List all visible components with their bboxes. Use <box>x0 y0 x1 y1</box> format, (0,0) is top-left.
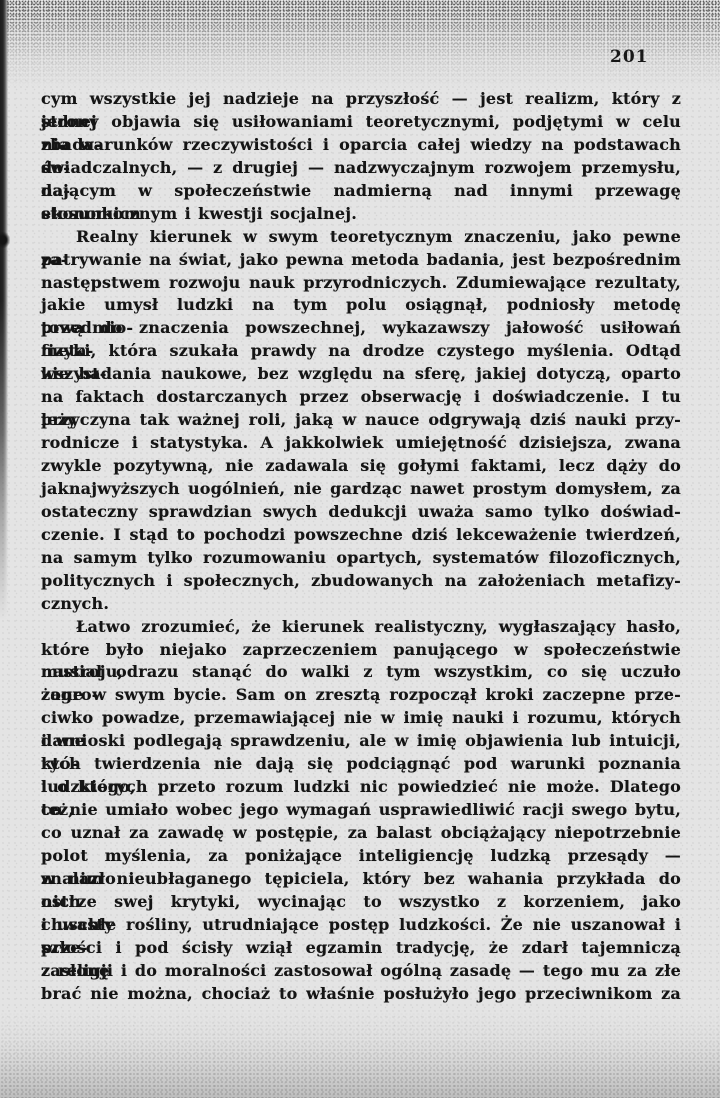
text-line: Łatwo zrozumieć, że kierunek realistyczn… <box>41 616 681 639</box>
text-line: fizyki, która szukała prawdy na drodze c… <box>41 340 681 363</box>
text-line: na faktach dostarczanych przez obserwacj… <box>41 386 681 409</box>
text-line: w nim nieubłaganego tępiciela, który bez… <box>41 868 681 891</box>
paragraph: Łatwo zrozumieć, że kierunek realistyczn… <box>41 616 681 1006</box>
text-line: jaknajwyższych uogólnień, nie gardząc na… <box>41 478 681 501</box>
text-line: następstwem rozwoju nauk przyrodniczych.… <box>41 272 681 295</box>
text-line: co nie umiało wobec jego wymagań usprawi… <box>41 799 681 822</box>
text-line: co uznał za zawadę w postępie, za balast… <box>41 822 681 845</box>
text-line: i wnioski podlegają sprawdzeniu, ale w i… <box>41 730 681 753</box>
text-line: dającym w społeczeństwie nadmierną nad i… <box>41 180 681 203</box>
text-line: cznych. <box>41 593 681 616</box>
text-line: i o których przeto rozum ludzki nic powi… <box>41 776 681 799</box>
text-line: zwykle pozytywną, nie zadawala się gołym… <box>41 455 681 478</box>
text-line: kie badania naukowe, bez względu na sfer… <box>41 363 681 386</box>
text-line: na samym tylko rozumowaniu opartych, sys… <box>41 547 681 570</box>
text-line: przyczyna tak ważnej roli, jaką w nauce … <box>41 409 681 432</box>
text-line: nia warunków rzeczywistości i oparcia ca… <box>41 134 681 157</box>
book-page: 201 cym wszystkie jej nadzieje na przysz… <box>0 0 720 1098</box>
scan-left-edge-shadow <box>0 0 8 620</box>
text-line: jakie umysł ludzki na tym polu osiągnął,… <box>41 294 681 317</box>
text-line: czenie. I stąd to pochodzi powszechne dz… <box>41 524 681 547</box>
text-line: świadczalnych, — z drugiej — nadzwyczajn… <box>41 157 681 180</box>
text-line: i uschłe rośliny, utrudniające postęp lu… <box>41 914 681 937</box>
text-line: rodnicze i statystyka. A jakkolwiek umie… <box>41 432 681 455</box>
text-line: strony objawia się usiłowaniami teoretyc… <box>41 111 681 134</box>
text-line: ostrze swej krytyki, wycinając to wszyst… <box>41 891 681 914</box>
text-line: polot myślenia, za poniżające inteligien… <box>41 845 681 868</box>
text-line: z religji i do moralności zastosował ogó… <box>41 960 681 983</box>
text-line: szłości i pod ścisły wziął egzamin trady… <box>41 937 681 960</box>
paragraph: Realny kierunek w swym teoretycznym znac… <box>41 226 681 616</box>
text-line: które było niejako zaprzeczeniem panując… <box>41 639 681 662</box>
text-line: patrywanie na świat, jako pewna metoda b… <box>41 249 681 272</box>
text-line: rych twierdzenia nie dają się podciągnąć… <box>41 753 681 776</box>
text-line: ciwko powadze, przemawiającej nie w imię… <box>41 707 681 730</box>
text-line: cym wszystkie jej nadzieje na przyszłość… <box>41 88 681 111</box>
text-line: Realny kierunek w swym teoretycznym znac… <box>41 226 681 249</box>
text-line: brać nie można, chociaż to właśnie posłu… <box>41 983 681 1006</box>
text-line: ekonomicznym i kwestji socjalnej. <box>41 203 681 226</box>
text-line: tową do znaczenia powszechnej, wykazawsz… <box>41 317 681 340</box>
paragraph: cym wszystkie jej nadzieje na przyszłość… <box>41 88 681 226</box>
scan-bottom-edge-noise <box>0 1008 720 1098</box>
page-number: 201 <box>610 47 649 67</box>
text-line: politycznych i społecznych, zbudowanych … <box>41 570 681 593</box>
text-line: ostateczny sprawdzian swych dedukcji uwa… <box>41 501 681 524</box>
scan-left-edge-blemish <box>0 232 10 248</box>
text-block: cym wszystkie jej nadzieje na przyszłość… <box>41 88 681 1006</box>
text-line: musiał odrazu stanąć do walki z tym wszy… <box>41 661 681 684</box>
text-line: żone w swym bycie. Sam on zresztą rozpoc… <box>41 684 681 707</box>
scan-top-edge-noise <box>0 0 720 88</box>
